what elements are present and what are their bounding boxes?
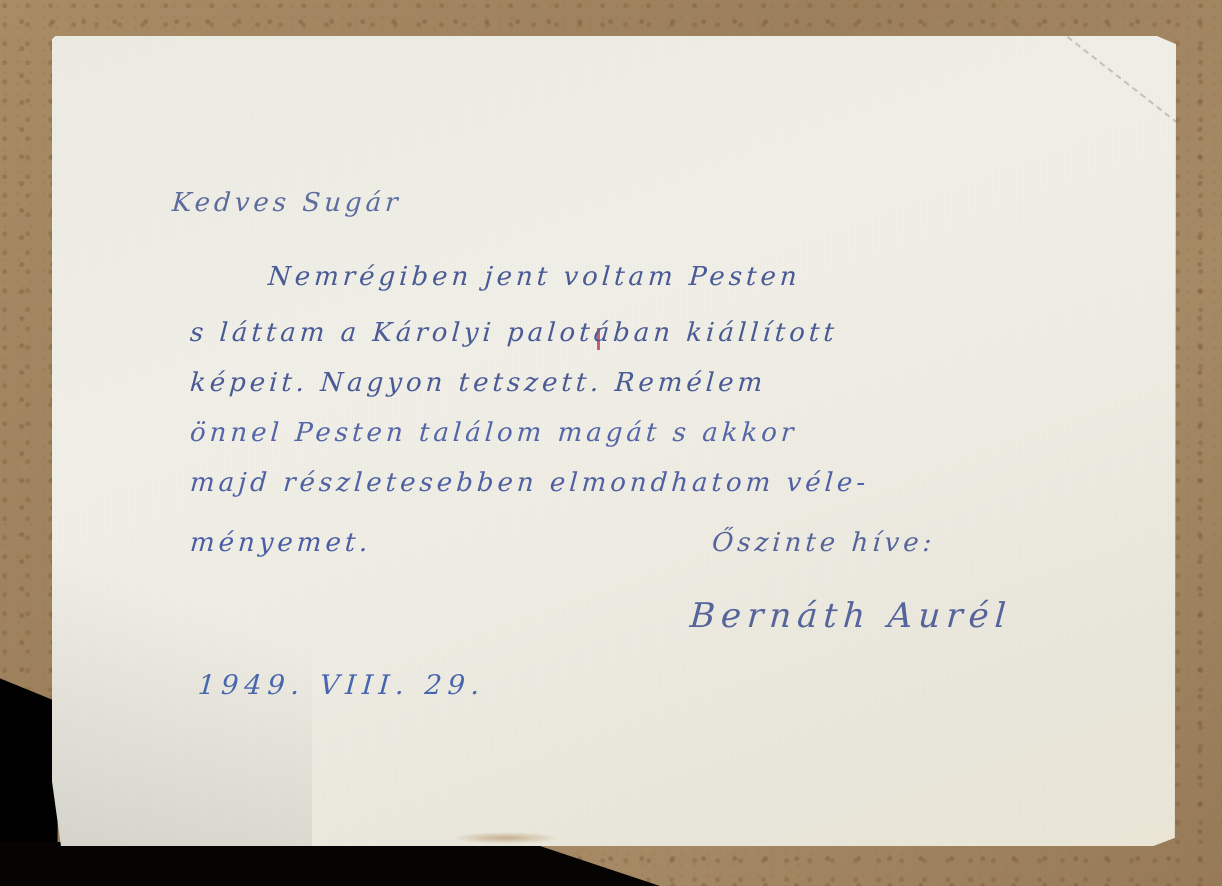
letter-date: 1949. VIII. 29. — [197, 670, 487, 701]
letter-closing: Őszinte híve: — [711, 528, 937, 558]
letter-line-1: Nemrégiben jent voltam Pesten — [267, 262, 802, 292]
letter-line-3: képeit. Nagyon tetszett. Remélem — [189, 368, 767, 398]
letter-line-6: ményemet. — [189, 528, 373, 558]
paper-stain — [450, 832, 560, 844]
letter-line-4: önnel Pesten találom magát s akkor — [189, 418, 798, 448]
dark-shadow-bottom — [0, 842, 660, 886]
letter-salutation: Kedves Sugár — [171, 188, 403, 218]
letter-line-2: s láttam a Károlyi palotában kiállított — [189, 318, 839, 348]
letter-signature: Bernáth Aurél — [689, 596, 1013, 636]
letter-line-5: majd részletesebben elmondhatom véle- — [189, 468, 870, 498]
